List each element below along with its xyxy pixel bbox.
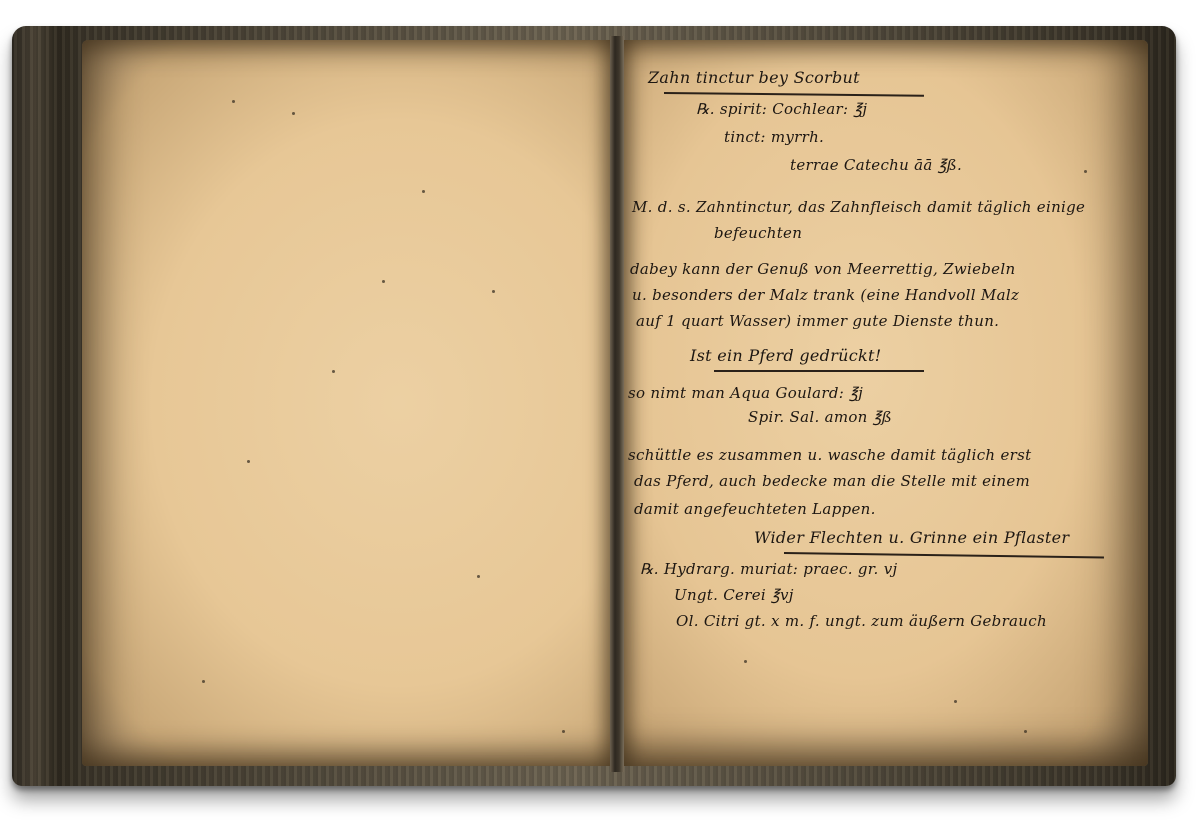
heading-underline (714, 370, 924, 372)
heading-underline (664, 92, 924, 96)
handwritten-line: M. d. s. Zahntinctur, das Zahnfleisch da… (632, 200, 1085, 215)
right-page-handwritten: Zahn tinctur bey Scorbut ℞. spirit: Coch… (624, 40, 1148, 766)
ink-speck (562, 730, 565, 733)
ink-speck (292, 112, 295, 115)
handwritten-line: Spir. Sal. amon ℥ß (748, 410, 892, 425)
ink-speck (202, 680, 205, 683)
handwritten-line: befeuchten (714, 226, 802, 241)
handwritten-line: ℞. Hydrarg. muriat: praec. gr. vj (640, 562, 897, 577)
handwritten-line: schüttle es zusammen u. wasche damit täg… (628, 448, 1031, 463)
handwritten-line: das Pferd, auch bedecke man die Stelle m… (634, 474, 1030, 489)
ink-speck (1024, 730, 1027, 733)
handwritten-line: Ungt. Cerei ℥vj (674, 588, 794, 603)
handwritten-line: ℞. spirit: Cochlear: ℥j (696, 102, 867, 117)
handwritten-line: damit angefeuchteten Lappen. (634, 502, 876, 517)
handwritten-line: dabey kann der Genuß von Meerrettig, Zwi… (630, 262, 1015, 277)
left-page-blank (82, 40, 610, 766)
handwritten-line: u. besonders der Malz trank (eine Handvo… (632, 288, 1019, 303)
handwritten-heading: Wider Flechten u. Grinne ein Pflaster (754, 530, 1069, 546)
ink-speck (232, 100, 235, 103)
ink-speck (954, 700, 957, 703)
handwritten-line: tinct: myrrh. (724, 130, 824, 145)
handwritten-line: Ol. Citri gt. x m. f. ungt. zum äußern G… (676, 614, 1047, 629)
ink-speck (247, 460, 250, 463)
ink-speck (492, 290, 495, 293)
ink-speck (382, 280, 385, 283)
heading-underline (784, 552, 1104, 558)
ink-speck (422, 190, 425, 193)
ink-speck (477, 575, 480, 578)
book-spine (610, 36, 624, 772)
handwritten-line: terrae Catechu āā ℥ß. (790, 158, 962, 173)
ink-speck (744, 660, 747, 663)
ink-speck (1084, 170, 1087, 173)
handwritten-line: auf 1 quart Wasser) immer gute Dienste t… (636, 314, 999, 329)
ink-speck (332, 370, 335, 373)
open-notebook: Zahn tinctur bey Scorbut ℞. spirit: Coch… (12, 26, 1176, 786)
handwritten-heading: Ist ein Pferd gedrückt! (690, 348, 881, 364)
handwritten-heading: Zahn tinctur bey Scorbut (648, 70, 860, 86)
handwritten-line: so nimt man Aqua Goulard: ℥j (628, 386, 863, 401)
